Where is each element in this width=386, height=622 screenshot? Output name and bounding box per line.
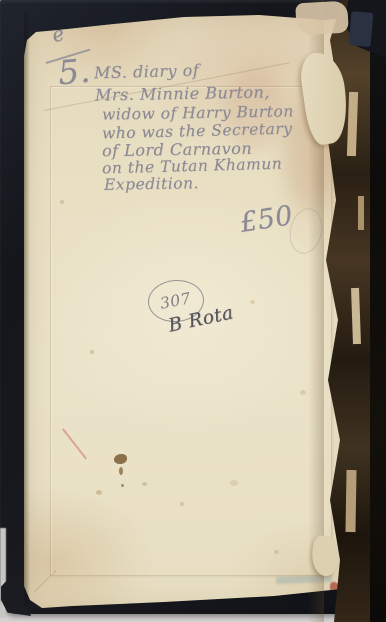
torn-page-sliver bbox=[358, 196, 364, 230]
foxing-spot bbox=[274, 550, 279, 554]
item-number: 5. bbox=[56, 51, 92, 93]
page-left-edge-shadow bbox=[24, 12, 30, 606]
ink-stain-dot bbox=[121, 484, 124, 487]
foxing-spot bbox=[230, 480, 238, 486]
navy-cloth-patch bbox=[349, 11, 374, 47]
foxing-spot bbox=[60, 200, 64, 204]
description-line: MS. diary of bbox=[94, 61, 200, 83]
binding-gutter bbox=[318, 0, 386, 622]
spine-dark-strip bbox=[370, 0, 386, 622]
description-line: Expedition. bbox=[104, 174, 199, 194]
torn-page-sliver bbox=[345, 470, 356, 532]
corner-bevel-crease bbox=[34, 570, 57, 593]
foxing-spot bbox=[142, 482, 147, 486]
torn-paper-patch bbox=[295, 1, 349, 36]
foxing-spot bbox=[250, 300, 255, 304]
catalog-number-text: 307 bbox=[159, 289, 193, 313]
ink-stain-drip bbox=[119, 467, 123, 475]
endpaper-page: e 5. MS. diary of Mrs. Minnie Burton, wi… bbox=[24, 10, 350, 612]
foxing-spot bbox=[90, 350, 94, 354]
foxing-spot bbox=[96, 490, 102, 495]
foxing-spot bbox=[180, 502, 184, 506]
foxing-spot bbox=[300, 390, 306, 395]
description-line: Mrs. Minnie Burton, bbox=[95, 82, 270, 104]
photo-of-diary-endpaper: e 5. MS. diary of Mrs. Minnie Burton, wi… bbox=[0, 0, 386, 622]
